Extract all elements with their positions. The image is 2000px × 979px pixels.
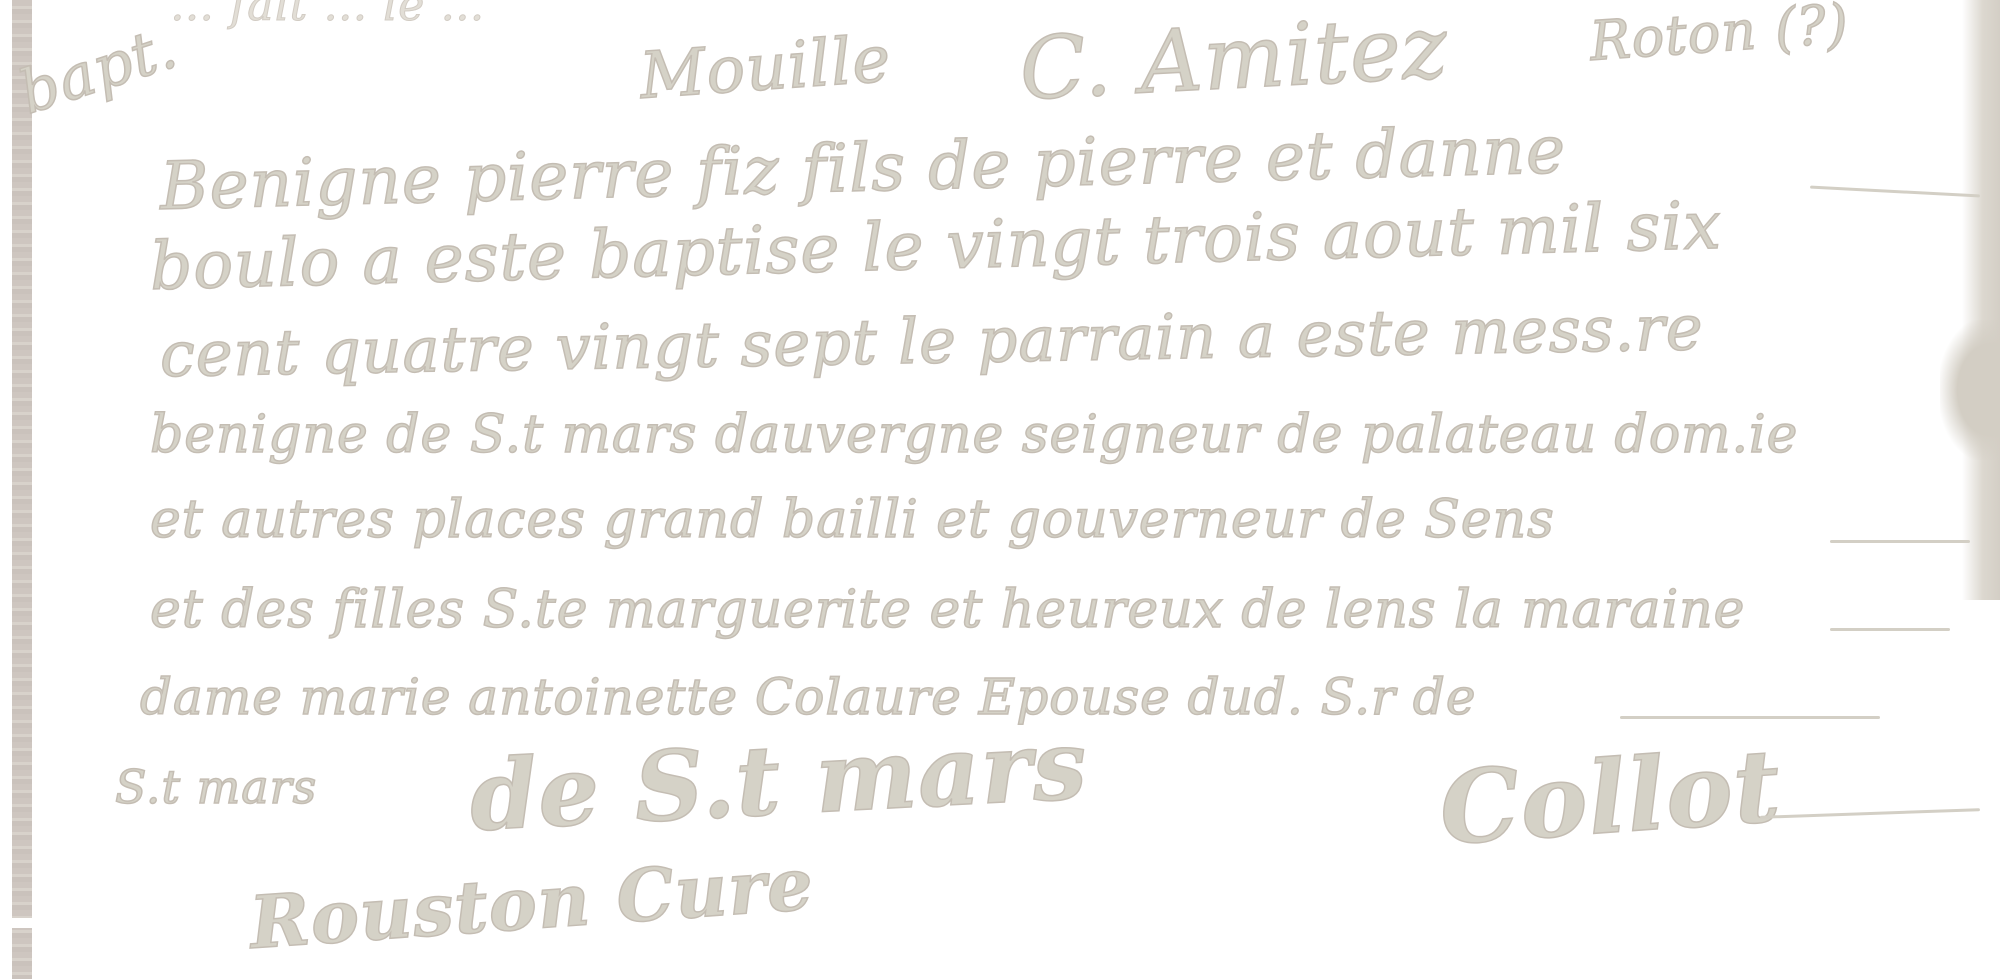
- page-torn-edge: [1962, 0, 2000, 600]
- ink-blot: [1940, 320, 2000, 460]
- line-filler-stroke: [1830, 628, 1950, 631]
- page-binding-edge: [12, 0, 32, 979]
- signature-rouston-cure: Rouston Cure: [247, 841, 816, 965]
- manuscript-page: … fait … le … Mouille C. Amitez Roton (?…: [0, 0, 2000, 979]
- signature-collot: Collot: [1436, 726, 1785, 868]
- text-line-6: et des filles S.te marguerite et heureux…: [150, 580, 1745, 640]
- signature-above-1: Mouille: [637, 23, 893, 114]
- text-line-7: dame marie antoinette Colaure Epouse dud…: [140, 668, 1476, 726]
- signature-above-3: Roton (?): [1588, 0, 1851, 73]
- text-line-4: benigne de S.t mars dauvergne seigneur d…: [150, 405, 1798, 465]
- line-filler-stroke: [1810, 186, 1980, 198]
- text-line-5: et autres places grand bailli et gouvern…: [150, 490, 1555, 550]
- text-line-3: cent quatre vingt sept le parrain a este…: [159, 291, 1704, 391]
- header-fragment-line: … fait … le …: [170, 0, 485, 31]
- signature-de-st-mars: de S.t mars: [467, 708, 1090, 853]
- text-line-8: S.t mars: [115, 760, 317, 814]
- line-filler-stroke: [1620, 716, 1880, 719]
- signature-flourish: [1760, 808, 1980, 819]
- line-filler-stroke: [1830, 540, 1970, 543]
- binding-edge-gap: [10, 918, 36, 928]
- margin-note: bapt.: [11, 12, 186, 128]
- signature-above-2: C. Amitez: [1017, 0, 1450, 120]
